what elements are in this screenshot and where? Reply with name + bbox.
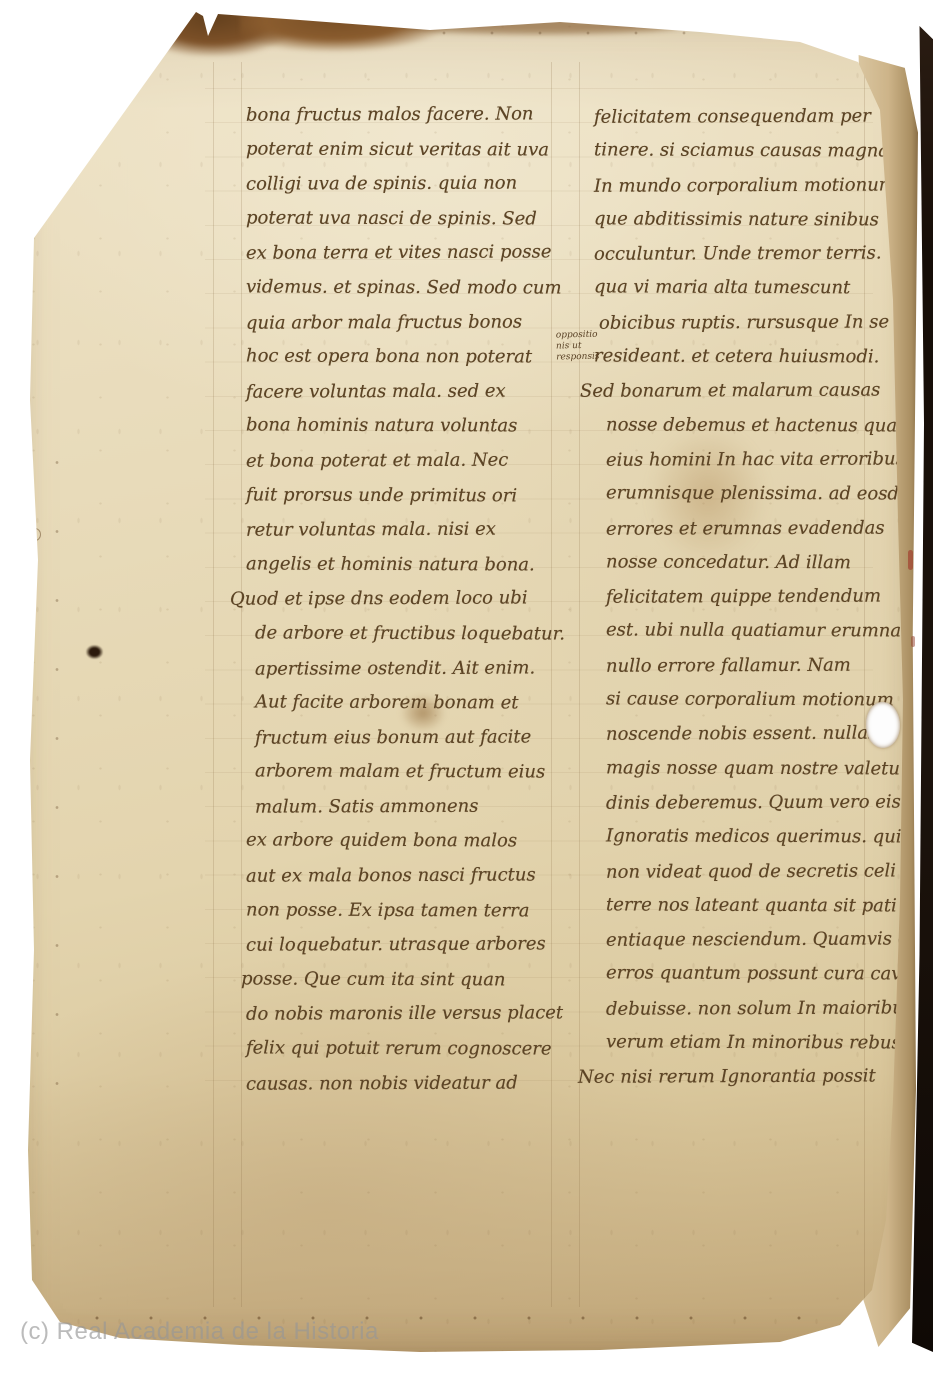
manuscript-line: terre nos lateant quanta sit pati — [606, 888, 933, 923]
manuscript-line: colligi uva de spinis. quia non — [246, 166, 565, 202]
manuscript-line: fructum eius bonum aut facite — [255, 720, 565, 756]
manuscript-line: magis nosse quam nostre valetu — [606, 751, 933, 786]
manuscript-line: nosse debemus et hactenus quantum — [606, 408, 933, 443]
manuscript-line: poterat uva nasci de spinis. Sed — [246, 201, 565, 237]
manuscript-line: angelis et hominis natura bona. — [246, 547, 565, 583]
manuscript-line: Ignoratis medicos querimus. quis — [606, 820, 933, 855]
ring-mark — [29, 528, 41, 541]
manuscript-scan: bona fructus malos facere. Nonpoterat en… — [0, 0, 933, 1375]
manuscript-line: erros quantum possunt cura cavere — [606, 957, 933, 992]
marginal-gloss-line: responsis — [556, 352, 608, 364]
manuscript-line: ex bona terra et vites nasci posse — [246, 236, 565, 272]
manuscript-line: retur voluntas mala. nisi ex — [246, 512, 565, 548]
manuscript-line: et bona poterat et mala. Nec — [246, 443, 565, 479]
manuscript-line: facere voluntas mala. sed ex — [246, 374, 565, 410]
copyright-watermark: (c) Real Academia de la Historia — [20, 1318, 379, 1346]
manuscript-line: obicibus ruptis. rursusque In se ipsa — [599, 305, 933, 341]
manuscript-line: do nobis maronis ille versus placet — [246, 997, 565, 1033]
manuscript-line: entiaque nesciendum. Quamvis enim — [606, 922, 933, 958]
manuscript-line: eius homini In hac vita erroribus — [606, 442, 933, 478]
manuscript-line: arborem malam et fructum eius — [255, 755, 565, 791]
manuscript-line: non videat quod de secretis celi et — [606, 854, 933, 890]
manuscript-line: debuisse. non solum In maioribus — [606, 991, 933, 1027]
manuscript-line: qua vi maria alta tumescunt — [594, 271, 933, 307]
manuscript-line: de arbore et fructibus loquebatur. — [255, 616, 565, 652]
manuscript-line: nullo errore fallamur. Nam — [606, 648, 933, 684]
manuscript-line: In mundo corporalium motionum — [594, 168, 933, 204]
fore-edge-red-fleck — [908, 550, 913, 570]
manuscript-line: Sed bonarum et malarum causas — [580, 374, 933, 410]
manuscript-line: quia arbor mala fructus bonos — [246, 305, 565, 341]
manuscript-line: verum etiam In minoribus rebus. — [606, 1025, 933, 1060]
marginal-gloss-line: oppositio — [556, 330, 608, 342]
manuscript-line: est. ubi nulla quatiamur erumna — [606, 614, 933, 649]
manuscript-line: Nec nisi rerum Ignorantia possit — [578, 1060, 933, 1096]
vertical-ruling-line — [579, 62, 580, 1307]
vertical-ruling-line — [241, 62, 242, 1307]
parchment-page: bona fructus malos facere. Nonpoterat en… — [0, 0, 933, 1375]
manuscript-line: causas. non nobis videatur ad — [246, 1066, 565, 1102]
manuscript-line: bona fructus malos facere. Non — [246, 97, 565, 133]
manuscript-line: ex arbore quidem bona malos — [246, 824, 565, 860]
manuscript-line: erumnisque plenissima. ad eosdem — [606, 477, 933, 512]
pricking-dots-left — [54, 428, 60, 1118]
manuscript-line: nosse concedatur. Ad illam — [606, 545, 933, 580]
marginal-gloss: oppositionis utresponsis — [556, 330, 609, 364]
manuscript-line: videmus. et spinas. Sed modo cum — [246, 270, 565, 306]
manuscript-line: hoc est opera bona non poterat — [246, 340, 565, 376]
manuscript-line: malum. Satis ammonens — [255, 789, 565, 825]
manuscript-line: Quod et ipse dns eodem loco ubi — [230, 582, 565, 618]
manuscript-line: dinis deberemus. Quum vero eis — [606, 785, 933, 821]
manuscript-line: fuit prorsus unde primitus ori — [246, 478, 565, 514]
text-column-right: felicitatem consequendam pertinere. si s… — [594, 100, 933, 1095]
fore-edge-red-fleck — [911, 636, 915, 647]
manuscript-line: occuluntur. Unde tremor terris. — [594, 236, 933, 272]
manuscript-line: Aut facite arborem bonam et — [255, 686, 565, 722]
manuscript-line: posse. Que cum ita sint quan — [241, 962, 565, 998]
manuscript-line: felicitatem quippe tendendum — [606, 579, 933, 615]
manuscript-line: non posse. Ex ipsa tamen terra — [246, 893, 565, 929]
manuscript-line: resideant. et cetera huiusmodi. — [594, 339, 933, 375]
manuscript-line: felix qui potuit rerum cognoscere — [246, 1031, 565, 1067]
manuscript-line: bona hominis natura voluntas — [246, 409, 565, 445]
pricking-dots-top — [420, 30, 820, 36]
ink-blot — [86, 645, 103, 659]
marginal-gloss-line: nis ut — [556, 341, 608, 353]
manuscript-line: cui loquebatur. utrasque arbores — [246, 928, 565, 964]
parchment-hole — [866, 702, 900, 748]
manuscript-line: apertissime ostendit. Ait enim. — [255, 651, 565, 687]
manuscript-line: que abditissimis nature sinibus — [594, 202, 933, 238]
manuscript-line: aut ex mala bonos nasci fructus — [246, 858, 565, 894]
vertical-ruling-line — [213, 62, 214, 1307]
manuscript-line: poterat enim sicut veritas ait uva — [246, 132, 565, 168]
manuscript-line: errores et erumnas evadendas — [606, 511, 933, 547]
text-column-left: bona fructus malos facere. Nonpoterat en… — [246, 98, 565, 1101]
